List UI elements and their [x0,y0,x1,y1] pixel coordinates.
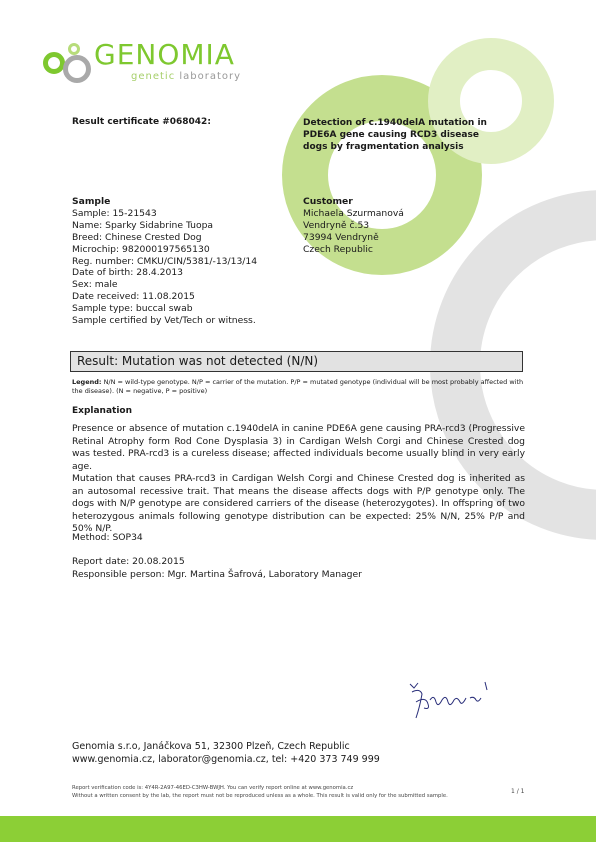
logo-gray-circle-icon [63,55,91,83]
lab-postal-address: Genomia s.r.o, Janáčkova 51, 32300 Plzeň… [72,740,380,753]
sample-section: Sample Sample: 15-21543 Name: Sparky Sid… [72,196,257,327]
sample-date-of-birth: Date of birth: 28.4.2013 [72,267,257,279]
legend-text: N/N = wild-type genotype. N/P = carrier … [72,378,523,395]
sample-heading: Sample [72,196,257,208]
logo-small-circle-icon [68,43,80,55]
explanation-paragraph-2: Mutation that causes PRA-rcd3 in Cardiga… [72,473,525,536]
signature [400,678,495,723]
sample-microchip: Microchip: 982000197565130 [72,244,257,256]
sample-date-received: Date received: 11.08.2015 [72,291,257,303]
report-date: Report date: 20.08.2015 [72,556,362,569]
sample-breed: Breed: Chinese Crested Dog [72,232,257,244]
sample-certification: Sample certified by Vet/Tech or witness. [72,315,257,327]
sample-reg-number: Reg. number: CMKU/CIN/5381/-13/13/14 [72,256,257,268]
sample-sex: Sex: male [72,279,257,291]
customer-heading: Customer [303,196,404,208]
signature-scribble-icon [400,678,495,723]
result-box: Result: Mutation was not detected (N/N) [70,351,523,372]
customer-section: Customer Michaela Szurmanová Vendryně č.… [303,196,404,256]
bottom-bar [0,816,596,842]
responsible-person: Responsible person: Mgr. Martina Šafrová… [72,569,362,582]
result-legend: Legend: N/N = wild-type genotype. N/P = … [72,378,532,396]
consent-notice: Without a written consent by the lab, th… [72,792,512,800]
method: Method: SOP34 [72,532,143,543]
genomia-logo: GENOMIA genetic laboratory [38,38,298,88]
lab-address: Genomia s.r.o, Janáčkova 51, 32300 Plzeň… [72,740,380,766]
lab-contact: www.genomia.cz, laborator@genomia.cz, te… [72,753,380,766]
page-number: 1 / 1 [511,788,524,795]
logo-name: GENOMIA [94,38,235,71]
sample-type: Sample type: buccal swab [72,303,257,315]
customer-city: 73994 Vendryně [303,232,404,244]
sample-name: Name: Sparky Sidabrine Tuopa [72,220,257,232]
sample-id: Sample: 15-21543 [72,208,257,220]
test-title: Detection of c.1940delA mutation in PDE6… [303,117,503,153]
customer-street: Vendryně č.53 [303,220,404,232]
customer-country: Czech Republic [303,244,404,256]
customer-name: Michaela Szurmanová [303,208,404,220]
report-info: Report date: 20.08.2015 Responsible pers… [72,556,362,581]
logo-tagline-laboratory: laboratory [179,71,241,82]
logo-green-circle-icon [43,52,65,74]
verification-code: Report verification code is: 4Y4R-2A97-4… [72,784,512,792]
fine-print: Report verification code is: 4Y4R-2A97-4… [72,784,512,800]
legend-label: Legend: [72,378,102,386]
logo-tagline-genetic: genetic [131,71,175,82]
certificate-number: Result certificate #068042: [72,117,211,127]
explanation-paragraph-1: Presence or absence of mutation c.1940de… [72,423,525,473]
explanation-heading: Explanation [72,406,132,416]
logo-tagline: genetic laboratory [131,71,241,82]
